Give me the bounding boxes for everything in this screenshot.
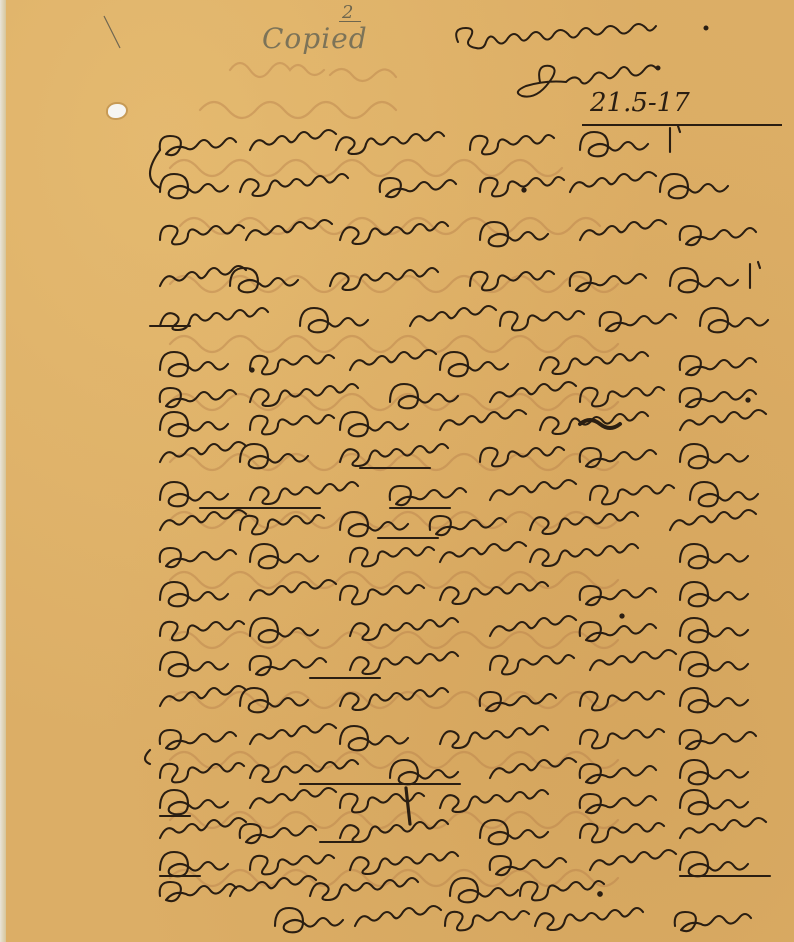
body-line-17 <box>145 724 756 764</box>
body-line-14 <box>160 614 748 642</box>
body-line-21 <box>160 850 770 876</box>
body-line-5 <box>150 306 768 332</box>
body-line-11 <box>160 510 756 538</box>
body-line-3 <box>160 220 756 246</box>
body-line-20 <box>160 818 766 844</box>
body-line-8 <box>160 410 766 436</box>
body-line-4 <box>160 262 760 292</box>
body-line-6 <box>160 350 756 376</box>
body-line-22 <box>160 876 604 902</box>
body-line-9 <box>160 442 748 468</box>
body-line-7 <box>160 382 756 408</box>
body-line-12 <box>160 542 748 568</box>
body-line-13 <box>160 580 748 606</box>
body-line-16 <box>160 686 748 712</box>
body-line-18 <box>160 758 748 784</box>
body-line-19 <box>160 788 748 824</box>
closing-line <box>275 906 751 932</box>
body-line-10 <box>160 480 758 508</box>
body-line-15 <box>160 650 748 678</box>
handwritten-body <box>0 0 794 942</box>
body-line-2 <box>160 172 728 198</box>
